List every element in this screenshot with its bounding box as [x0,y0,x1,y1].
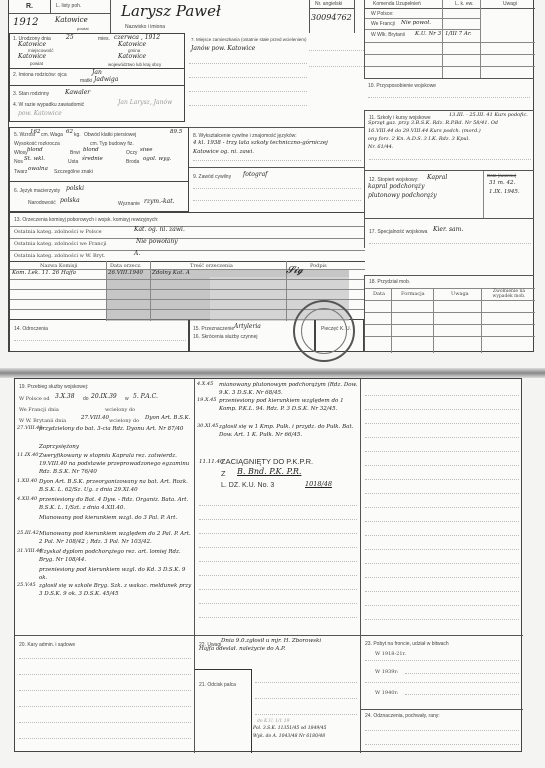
weight-value: 62 [66,129,73,135]
service-poland-label: W Polsce od [19,396,50,402]
entry-date: 4.X.45 [197,381,219,397]
front-1939-label: W 1939r: [375,669,399,675]
notify-value: Jan Larysz, Janów [118,99,172,106]
rank-line-1: Kapral [427,174,447,181]
residence-label: 7. Miejsce zamieszkania (ostatnie stałe … [191,37,307,42]
eyes-label: Oczy [126,150,137,156]
profession-value: fotograf [243,171,267,178]
service-entry: 27.VIII.40 przydzielony do bat. 3-cia Rd… [17,425,193,443]
service-entry: 31.VIII.44 Uzyskał dyplom podchorążego r… [17,548,193,566]
service-entry: 25.III.42 Mianowany pod kierunkiem wzglę… [17,530,193,548]
language-label: 6. Język macierzysty [14,188,60,194]
mil-schools-line-2: Sprzęt gaz. przy 3.B.S.K. Rdz. R.P.Bd. N… [368,120,498,126]
service-history-blank [361,379,523,635]
section-5: 5. Wzrost 162 cm. Waga 62 kg. Obwód klat… [9,127,189,182]
page-fold [0,368,545,378]
specialty-value: Kier. sam. [433,226,463,233]
brows-value: blond [83,147,99,153]
entry-date: 31.VIII.44 [17,548,39,566]
td-komisja: Kom. Lek. 11. 26 Hajfa [12,270,76,276]
year-value: 1912 [13,17,38,28]
entry-date [17,443,39,452]
service-entry: 1.XII.40 Dyon Art. B.S.K. przeorganizowa… [17,478,193,496]
birth-gmina: Katowice [118,41,146,48]
born-day: 25 [66,34,74,41]
marital-label: 3. Stan rodzinny [13,91,49,97]
service-entry: 4.X.45 mianowany plutonowym podchorążym … [197,381,359,397]
section-7: 7. Miejsce zamieszkania (ostatnie stałe … [185,33,309,123]
section-18: 18. Przydział mob. Data Formacja Uwaga Z… [364,275,534,352]
entry-date: 4.XII.40 [17,496,39,514]
deferrals-label: 14. Odroczenia [14,326,48,332]
service-entry: 30.XI.45 zgłosił się w 1 Kmp. Pułk. i pr… [197,423,359,449]
district-value: Katowice [55,16,88,24]
face-value: owalna [28,166,48,172]
l-listy-label: L. listy poh. [56,3,81,9]
entry-date [17,514,39,530]
r-label: R. [26,3,33,10]
religion-value: rzym.-kat. [144,198,175,205]
service-uk-date: 27.VIII.40 [81,415,109,421]
service-poland-to-label: do [83,396,89,402]
assignment-value: Artyleria [234,323,261,330]
beard-value: ogol. wyg. [143,156,171,162]
service-entry: Zaprzysiężony [17,443,193,452]
r-cell: R. [9,0,51,14]
nationality-value: polska [60,197,80,204]
service-poland-to: 20.IX.39 [91,393,117,400]
komenda-france-value: Nie powoł. [401,20,431,26]
rank-date-2: 1.IX. 1945. [489,189,520,195]
penalties-label: 20. Kary admin. i sądowe [19,642,75,648]
cat-uk-value: A. [134,250,140,257]
language-value: polski [66,185,84,192]
section-2: 2. Imiona rodziców: ojca Jan matki Jadwi… [9,69,185,86]
woj-label: województwo lub kraj obcy [108,62,161,67]
service-france-mid: wcielony do [105,407,135,413]
front-1918-label: W 1918-21r. [375,651,406,657]
mob-th-uwaga: Uwaga [451,291,469,297]
section-23: 23. Pobyt na froncie, udział w bitwach W… [361,635,523,709]
komenda-header: Komenda Uzupełnień [373,1,421,7]
service-uk-label: W W. Brytanii dnia [19,418,66,424]
service-entries-col2: 4.X.45 mianowany plutonowym podchorążym … [197,381,359,449]
nose-value: St. wkl. [24,156,45,162]
service-uk-mid: wcielony do [109,418,139,424]
fingerprint-note-3: Wyk. do A. 1043/48 Nr 6180/48 [253,734,325,739]
mil-schools-line-5: Nr. 61/44. [368,144,393,150]
chest-value: 89.5 [170,129,182,135]
name-label: Nazwisko i imiona [125,24,165,30]
enlisted-stamp-line-3: L. DZ. K.U. No. 3 [221,482,274,489]
father-value: Jan [92,69,102,76]
komenda-uk-lkew: 1/III 7 Ar. [445,31,472,37]
mob-th-data: Data [373,291,385,297]
front-service-label: 23. Pobyt na froncie, udział w bitwach [365,641,449,647]
lkew-header: L. k. ew. [455,1,473,7]
rank-line-3: plutonowy podchorąży [368,192,437,199]
front-1940-label: W 1940r: [375,690,399,696]
cat-poland-value: Kat. og. ni. zawi. [134,226,185,233]
uwagi-header: Uwagi [503,1,517,7]
kg-label: kg. [74,132,81,138]
service-history-continued: 4.X.45 mianowany plutonowym podchorążym … [195,379,361,635]
rank-line-2: kapral podchorąży [368,183,424,190]
entry-text: przeniesiony pod kierunkiem wzgl. do Kd.… [39,566,193,582]
enlisted-stamp-date: 11.11.46 [199,459,224,465]
record-card-front: R. L. listy poh. 1912 Katowice powiat La… [8,0,534,352]
assignment-label: 15. Przeznaczenie [193,326,234,332]
profession-label: 9. Zawód cywilny [193,174,231,180]
section-8: 8. Wykształcenie cywilne i znajomość jęz… [189,127,364,167]
entry-date: 27.VIII.40 [17,425,39,443]
service-poland-unit-label: w [125,396,129,402]
specialty-label: 17. Specjalność wojskowa [369,229,427,235]
notify-label: 4. W razie wypadku zawiadomić [13,102,84,108]
enlisted-stamp-unit: B. Bnd. P.K. P.R. [237,467,301,476]
parents-label: 2. Imiona rodziców: ojca [13,72,67,78]
entry-date: 19.X.45 [197,397,219,423]
entry-date [17,566,39,582]
residence-value: Janów pow. Katowice [191,45,255,52]
entry-text: Zaprzysiężony [39,443,193,452]
born-month-year: czerwca , 1912 [114,34,160,41]
hair-value: blond [27,147,43,153]
entry-text: zgłosił się w szkole Bryg. Szk. z wakac.… [39,582,193,600]
service-history-label: 19. Przebieg służby wojskowej: [19,384,88,390]
service-entry: 19.X.45 przeniesiony pod kierunkiem wzgl… [197,397,359,423]
cat-france-label: Ostatnia kateg. zdolności we Francji [14,241,106,247]
record-card-back: 19. Przebieg służby wojskowej: W Polsce … [14,378,522,752]
rank-date-1: 31 m. 42. [489,180,515,186]
service-entries: 27.VIII.40 przydzielony do bat. 3-cia Rd… [17,425,193,600]
enlisted-stamp-z: Z [221,469,226,478]
mouth-label: Usta [68,159,78,165]
fingerprint-label: 21. Odcisk palca [199,682,236,688]
birth-place: Katowice [18,41,46,48]
section-10: 10. Przysposobienie wojskowe [364,78,534,110]
section-20: 20. Kary admin. i sądowe [15,635,195,753]
entry-text: Dyon Art. B.S.K. przeorganizowany na bat… [39,478,193,496]
education-value-2: Katowice og. ni. zawi. [193,149,254,155]
english-no-label: Nr. angielski [315,1,342,7]
l-listy-cell: L. listy poh. [51,0,111,14]
remarks-value-2: Hajfa odeslał. należycie do A.P. [199,646,285,652]
education-label: 8. Wykształcenie cywilne i znajomość jęz… [193,133,297,139]
marital-value: Kawaler [65,89,90,96]
section-17: 17. Specjalność wojskowa Kier. sam. [364,218,534,248]
brows-label: Brwi [70,150,80,156]
td-tresc: Zdolny Kat. A [152,270,190,276]
district-cell: Katowice powiat [51,14,111,33]
service-shortening-label: 16. Skrócenia służby czynnej [193,334,257,340]
mob-th-formacja: Formacja [401,291,425,297]
entry-date: 30.XI.45 [197,423,219,449]
section-21: 21. Odcisk palca [195,669,252,753]
birth-powiat: Katowice [18,53,46,60]
mother-value: Jadwiga [94,76,118,83]
entry-date: 11.IX.40 [17,452,39,478]
entry-text: Mianowany pod kierunkiem względem do 2 P… [39,530,193,548]
section-24: 24. Odznaczenia, pochwały, rany: [361,709,523,753]
entry-text: przeniesiony do Bat. 4 Dyw. - Rdz. Organ… [39,496,193,514]
service-poland-from: 3.X.38 [55,393,75,400]
entry-date: 25.V.45 [17,582,39,600]
face-label: Twarz [14,169,27,175]
cat-uk-label: Ostatnia kateg. zdolności w W. Bryt. [14,253,105,259]
fingerprint-note-2: Pol. 3.S.K. 11351/45 od 1849/45 [253,726,326,731]
section-12: 12. Stopień wojskowy: Kapral kapral podc… [364,170,534,218]
cat-france-value: Nie powołany [136,238,178,245]
english-no-cell: Nr. angielski 30094762 [309,0,355,33]
cm-label: cm. [41,132,49,138]
circular-stamp-inner [301,308,347,354]
fingerprint-note-1: do K.U. 1/1 19 [257,719,289,724]
month-label: mies. [98,36,110,42]
birth-woj: Katowice [118,53,146,60]
entry-text: Zweryfikowany w stopniu Kaprala rez. zat… [39,452,193,478]
religion-label: Wyznanie [118,201,140,207]
cat-poland-label: Ostatnia kateg. zdolności w Polsce [14,229,102,235]
entry-date: 25.III.42 [17,530,39,548]
komenda-poland-label: W Polsce: [371,11,394,17]
education-value: 4 kl. 1938 - trzy lata szkoły techniczno… [193,140,328,146]
section-3-4: 3. Stan rodzinny Kawaler 4. W razie wypa… [9,86,185,122]
chest-label: Obwód klatki piersiowej [84,132,136,138]
mother-label: matki [80,78,92,84]
service-entry: przeniesiony pod kierunkiem wzgl. do Kd.… [17,566,193,582]
service-uk-unit: Dyon Art. B.S.K. [145,415,190,421]
mil-schools-line-4: ony forz. 2 Kn. A.D.S. 3 I.K. Rdz. 3 Kpu… [368,136,470,142]
decorations-label: 24. Odznaczenia, pochwały, rany: [365,713,440,719]
name-value: Larysz Paweł [121,2,221,20]
military-prep-label: 10. Przysposobienie wojskowe [368,83,436,89]
td-data: 26.VIII.1940 [108,270,143,276]
entry-text: zgłosił się w 1 Kmp. Pułk. i przydz. do … [219,423,359,449]
service-entry: 4.XII.40 przeniesiony do Bat. 4 Dyw. - R… [17,496,193,514]
entry-text: przydzielony do bat. 3-cia Rdz. Dyonu Ar… [39,425,193,443]
section-1: 1. Urodzony dnia 25 mies. czerwca , 1912… [9,33,185,69]
commissions-label: 13. Orzeczenia komisyj poborowych i wojs… [14,217,159,223]
section-9: 9. Zawód cywilny fotograf [189,167,364,212]
english-no-value: 30094762 [311,13,352,22]
service-poland-unit: 5. P.A.C. [133,393,158,400]
komenda-table: Komenda Uzupełnień L. k. ew. Uwagi W Pol… [364,0,534,78]
komenda-france-label: We Francji [371,21,395,27]
section-19: 19. Przebieg służby wojskowej: W Polsce … [15,379,195,635]
service-entry: 11.IX.40 Zweryfikowany w stopniu Kaprala… [17,452,193,478]
entry-text: mianowany plutonowym podchorążym (Rdz. D… [219,381,359,397]
enlisted-stamp-ref: 1018/48 [305,480,332,488]
remarks-value: Dnia 9.0.zgłosił u mjr. H. Zborowski [221,638,321,644]
service-entry: 25.V.45 zgłosił się w szkole Bryg. Szk. … [17,582,193,600]
eyes-value: siwe [140,147,153,153]
weight-label: Waga [50,132,63,138]
entry-text: Uzyskał dyplom podchorążego rez. art. lo… [39,548,193,566]
marks-label: Szczególne znaki [54,169,93,175]
enlisted-stamp-line-1: ZACIĄGNIĘTY DO P.K.P.R. [221,457,313,466]
district-label: powiat [77,26,89,31]
mob-th-zwolnienie: Zwolnienie na wypadek mob. [484,289,534,299]
entry-date: 1.XII.40 [17,478,39,496]
entry-text: przeniesiony pod kierunkiem względem do … [219,397,359,423]
td-podpis: 𝓢𝓲𝓰 [286,265,303,276]
service-france-label: We Francji dnia [19,407,59,413]
nationality-label: Narodowość [28,200,56,206]
section-14: 14. Odroczenia [9,320,189,352]
nose-label: Nos [14,159,23,165]
rank-date-label: Data (awansu) [487,173,516,178]
section-6: 6. Język macierzysty polski Narodowość p… [9,182,189,212]
mil-schools-line-1: 13.III. - 25.III. 41 Kurs podofic. [449,112,528,118]
notify-value-2: pow. Katowice [18,110,62,117]
entry-text: Mianowany pod kierunkiem wzgl. do 3 Pal.… [39,514,193,530]
service-entry: Mianowany pod kierunkiem wzgl. do 3 Pal.… [17,514,193,530]
komenda-uk-label: W Wlk. Brytanii [371,32,405,38]
beard-label: Broda [126,159,139,165]
height-value: 162 [30,129,41,135]
powiat-label: powiat [30,61,43,66]
komenda-uk-value: K.U. Nr 3 [415,31,441,37]
mil-schools-line-3: 16.VIII.44 do 29.VIII.44 Kurs podch. (mo… [368,128,481,134]
mob-assignment-label: 18. Przydział mob. [369,279,410,285]
section-11: 11. Szkoły i kursy wojskowe 13.III. - 25… [364,110,534,170]
mouth-value: średnie [82,156,103,162]
